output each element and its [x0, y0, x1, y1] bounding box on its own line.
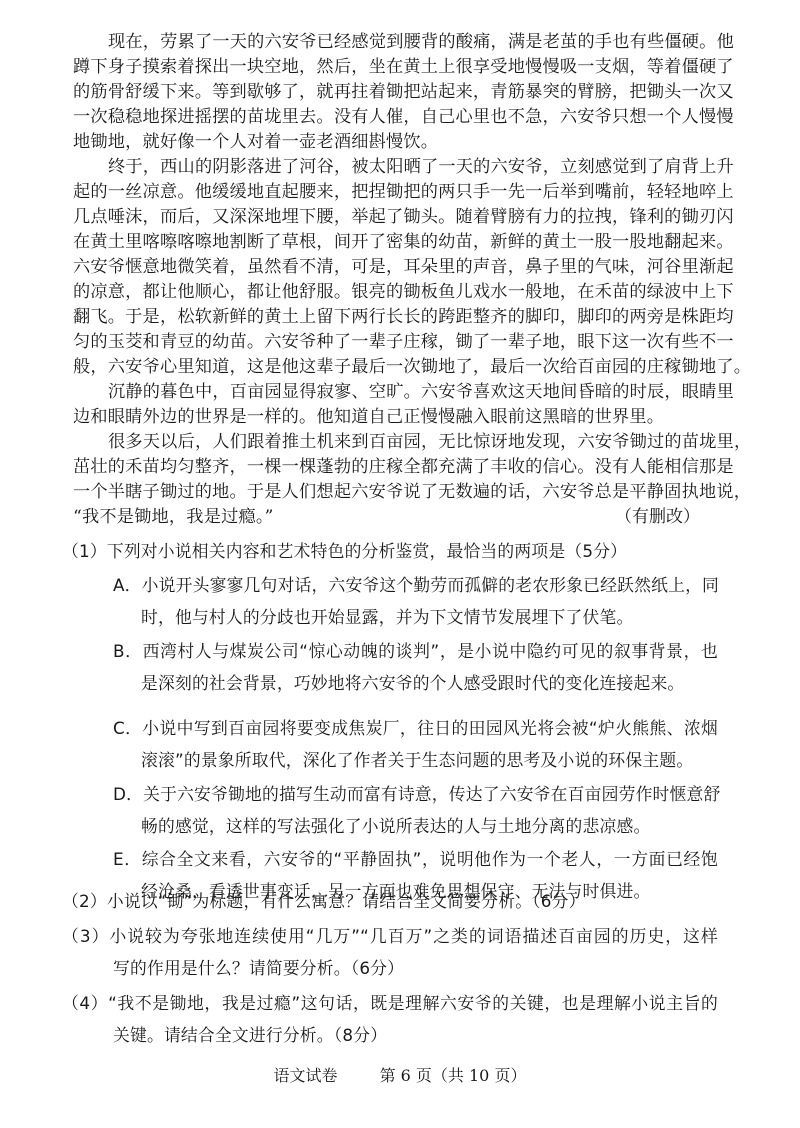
question-number: （3） [62, 926, 109, 946]
option-d: D．关于六安爷锄地的描写生动而富有诗意，传达了六安爷在百亩园劳作时惬意舒 [113, 783, 718, 805]
option-c: C．小说中写到百亩园将要变成焦炭厂，往日的田园风光将会被“炉火熊熊、浓烟 [113, 717, 718, 739]
story-line: 六安爷惬意地微笑着，虽然看不清，可是，耳朵里的声音，鼻子里的气味，河谷里渐起 [73, 256, 718, 278]
option-e: E．综合全文来看，六安爷的“平静固执”，说明他作为一个老人，一方面已经饱 [113, 848, 718, 870]
story-line: 翻飞。于是，松软新鲜的黄土上留下两行长长的跨距整齐的脚印，脚印的两旁是株距均 [73, 306, 718, 328]
story-line: 般，六安爷心里知道，这是他这辈子最后一次锄地了，最后一次给百亩园的庄稼锄地了。 [73, 356, 718, 378]
story-line: 几点唾沫，而后，又深深地埋下腰，举起了锄头。随着臂膀有力的拉拽，锋利的锄刃闪 [73, 206, 718, 228]
story-line: 终于，西山的阴影落进了河谷，被太阳晒了一天的六安爷，立刻感觉到了肩背上升 [73, 156, 718, 178]
story-line: 很多天以后，人们跟着推土机来到百亩园，无比惊讶地发现，六安爷锄过的苗垅里， [73, 431, 718, 453]
question-number: （1） [62, 541, 107, 561]
question-2: （2）小说以“锄”为标题，有什么寓意？请结合全文简要分析。（6分） [62, 890, 722, 912]
story-line: 的凉意，都让他顺心，都让他舒服。银亮的锄板鱼儿戏水一般地，在禾苗的绿波中上下 [73, 281, 718, 303]
story-line: 茁壮的禾苗均匀整齐，一棵一棵蓬勃的庄稼全都充满了丰收的信心。没有人能相信那是 [73, 456, 718, 478]
story-line: 地锄地，就好像一个人对着一壶老酒细斟慢饮。 [73, 131, 718, 153]
question-3: （3）小说较为夸张地连续使用“几万”“几百万”之类的词语描述百亩园的历史，这样 [62, 925, 718, 947]
option-b: B．西湾村人与煤炭公司“惊心动魄的谈判”，是小说中隐约可见的叙事背景，也 [113, 640, 718, 662]
option-text: 西湾村人与煤炭公司“惊心动魄的谈判”，是小说中隐约可见的叙事背景，也 [143, 641, 718, 661]
question-number: （2） [62, 891, 107, 911]
footer-page-info: 第 6 页（共 10 页） [380, 1063, 527, 1086]
story-line: 沉静的暮色中，百亩园显得寂寥、空旷。六安爷喜欢这天地间昏暗的时辰，眼睛里 [73, 381, 718, 403]
option-label: E． [113, 849, 142, 869]
footer-subject: 语文试卷 [274, 1063, 338, 1086]
story-line: 边和眼睛外边的世界是一样的。他知道自己正慢慢融入眼前这黑暗的世界里。 [73, 406, 718, 428]
question-3-cont: 写的作用是什么？请简要分析。（6分） [113, 957, 718, 979]
story-line: 一个半瞎子锄过的地。于是人们想起六安爷说了无数遍的话，六安爷总是平静固执地说， [73, 481, 718, 503]
option-label: C． [113, 718, 142, 738]
question-text: 小说较为夸张地连续使用“几万”“几百万”之类的词语描述百亩园的历史，这样 [109, 926, 718, 946]
option-text: 综合全文来看，六安爷的“平静固执”，说明他作为一个老人，一方面已经饱 [142, 849, 718, 869]
exam-page: 现在，劳累了一天的六安爷已经感觉到腰背的酸痛，满是老茧的手也有些僵硬。他 蹲下身… [0, 0, 800, 1128]
question-text: “我不是锄地，我是过瘾”这句话，既是理解六安爷的关键，也是理解小说主旨的 [108, 993, 718, 1013]
story-line: 在黄土里喀嚓喀嚓地割断了草根，间开了密集的幼苗，新鲜的黄土一股一股地翻起来。 [73, 231, 718, 253]
option-b-cont: 是深刻的社会背景，巧妙地将六安爷的个人感受跟时代的变化连接起来。 [141, 672, 718, 694]
question-text: 小说以“锄”为标题，有什么寓意？请结合全文简要分析。（6分） [107, 891, 586, 911]
question-text: 下列对小说相关内容和艺术特色的分析鉴赏，最恰当的两项是（5分） [107, 541, 627, 561]
story-line: 蹲下身子摸索着探出一块空地，然后，坐在黄土上很享受地慢慢吸一支烟，等着僵硬了 [73, 56, 718, 78]
question-1: （1）下列对小说相关内容和艺术特色的分析鉴赏，最恰当的两项是（5分） [62, 540, 722, 562]
option-a-cont: 时，他与村人的分歧也开始显露，并为下文情节发展埋下了伏笔。 [141, 606, 718, 628]
question-4-cont: 关键。请结合全文进行分析。（8分） [113, 1024, 718, 1046]
option-label: B． [113, 641, 143, 661]
question-number: （4） [62, 993, 108, 1013]
option-d-cont: 畅的感觉，这样的写法强化了小说所表达的人与土地分离的悲凉感。 [141, 815, 718, 837]
story-line: 匀的玉茭和青豆的幼苗。六安爷种了一辈子庄稼，锄了一辈子地，眼下这一次有些不一 [73, 331, 718, 353]
option-label: D． [113, 784, 143, 804]
option-text: 关于六安爷锄地的描写生动而富有诗意，传达了六安爷在百亩园劳作时惬意舒 [143, 784, 720, 804]
story-line: 现在，劳累了一天的六安爷已经感觉到腰背的酸痛，满是老茧的手也有些僵硬。他 [73, 31, 718, 53]
option-label: A． [113, 575, 142, 595]
source-note: （有删改） [615, 506, 700, 528]
story-line: 一次稳稳地探进摇摆的苗垅里去。没有人催，自己心里也不急，六安爷只想一个人慢慢 [73, 106, 718, 128]
option-c-cont: 滚滚”的景象所取代，深化了作者关于生态问题的思考及小说的环保主题。 [141, 749, 718, 771]
option-a: A．小说开头寥寥几句对话，六安爷这个勤劳而孤僻的老农形象已经跃然纸上，同 [113, 574, 718, 596]
option-text: 小说开头寥寥几句对话，六安爷这个勤劳而孤僻的老农形象已经跃然纸上，同 [142, 575, 719, 595]
story-line: 起的一丝凉意。他缓缓地直起腰来，把捏锄把的两只手一先一后举到嘴前，轻轻地啐上 [73, 181, 718, 203]
option-text: 小说中写到百亩园将要变成焦炭厂，往日的田园风光将会被“炉火熊熊、浓烟 [142, 718, 718, 738]
question-4: （4）“我不是锄地，我是过瘾”这句话，既是理解六安爷的关键，也是理解小说主旨的 [62, 992, 718, 1014]
story-line: 的筋骨舒缓下来。等到歇够了，就再拄着锄把站起来，青筋暴突的臂膀，把锄头一次又 [73, 81, 718, 103]
page-footer: 语文试卷第 6 页（共 10 页） [0, 1063, 800, 1086]
